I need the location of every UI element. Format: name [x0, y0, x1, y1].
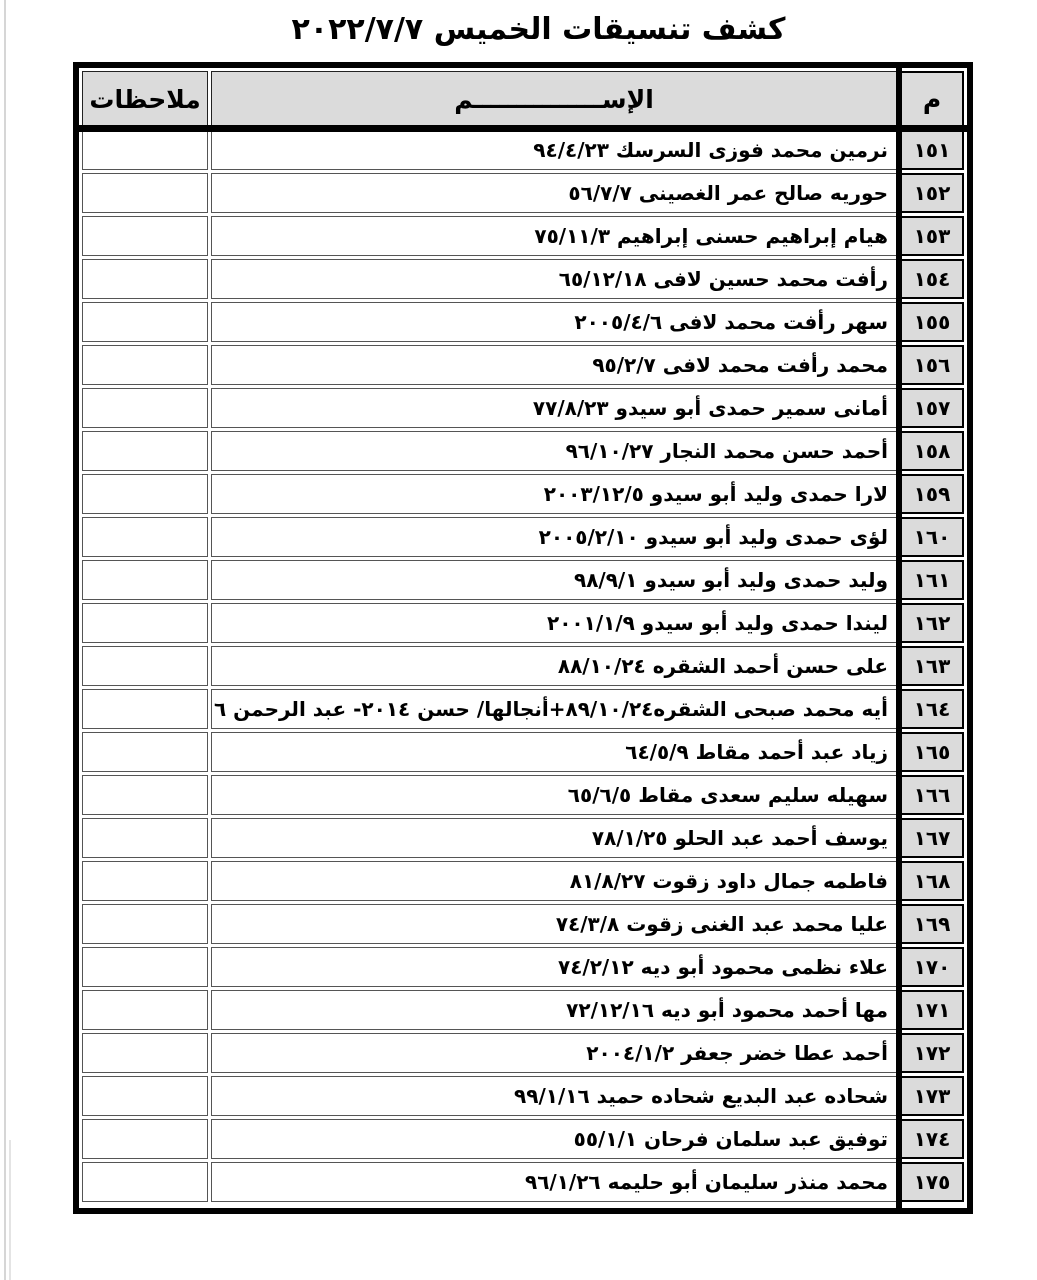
row-number-cell: ١٦١ [900, 560, 964, 600]
table-row: ١٧١مها أحمد محمود أبو ديه ٧٢/١٢/١٦ [82, 990, 964, 1030]
notes-cell [82, 947, 208, 987]
name-cell: أيه محمد صبحى الشقره٨٩/١٠/٢٤+أنجالها/ حس… [211, 689, 897, 729]
name-cell: أحمد عطا خضر جعفر ٢٠٠٤/١/٢ [211, 1033, 897, 1073]
name-cell: زياد عبد أحمد مقاط ٦٤/٥/٩ [211, 732, 897, 772]
notes-cell [82, 818, 208, 858]
name-cell: نرمين محمد فوزى السرسك ٩٤/٤/٢٣ [211, 130, 897, 170]
table-row: ١٥٩لارا حمدى وليد أبو سيدو ٢٠٠٣/١٢/٥ [82, 474, 964, 514]
row-number-cell: ١٦٤ [900, 689, 964, 729]
table-frame: م الإســـــــــــــــم ملاحظات ١٥١نرمين … [73, 62, 973, 1214]
table-row: ١٦٥زياد عبد أحمد مقاط ٦٤/٥/٩ [82, 732, 964, 772]
notes-cell [82, 130, 208, 170]
notes-cell [82, 861, 208, 901]
table-row: ١٦٨فاطمه جمال داود زقوت ٨١/٨/٢٧ [82, 861, 964, 901]
notes-cell [82, 517, 208, 557]
name-cell: لارا حمدى وليد أبو سيدو ٢٠٠٣/١٢/٥ [211, 474, 897, 514]
name-cell: سهر رأفت محمد لافى ٢٠٠٥/٤/٦ [211, 302, 897, 342]
notes-cell [82, 603, 208, 643]
notes-cell [82, 1033, 208, 1073]
row-number-cell: ١٦٧ [900, 818, 964, 858]
row-number-cell: ١٥٤ [900, 259, 964, 299]
row-number-cell: ١٧٢ [900, 1033, 964, 1073]
table-row: ١٦٣على حسن أحمد الشقره ٨٨/١٠/٢٤ [82, 646, 964, 686]
table-row: ١٥٥سهر رأفت محمد لافى ٢٠٠٥/٤/٦ [82, 302, 964, 342]
row-number-cell: ١٥٢ [900, 173, 964, 213]
table-row: ١٥٨أحمد حسن محمد النجار ٩٦/١٠/٢٧ [82, 431, 964, 471]
row-number-cell: ١٥٨ [900, 431, 964, 471]
notes-cell [82, 173, 208, 213]
name-cell: سهيله سليم سعدى مقاط ٦٥/٦/٥ [211, 775, 897, 815]
name-cell: فاطمه جمال داود زقوت ٨١/٨/٢٧ [211, 861, 897, 901]
table-row: ١٥٦محمد رأفت محمد لافى ٩٥/٢/٧ [82, 345, 964, 385]
row-number-cell: ١٥٦ [900, 345, 964, 385]
row-number-cell: ١٦٠ [900, 517, 964, 557]
table-row: ١٥٧أمانى سمير حمدى أبو سيدو ٧٧/٨/٢٣ [82, 388, 964, 428]
row-number-cell: ١٥٧ [900, 388, 964, 428]
name-cell: أحمد حسن محمد النجار ٩٦/١٠/٢٧ [211, 431, 897, 471]
name-cell: على حسن أحمد الشقره ٨٨/١٠/٢٤ [211, 646, 897, 686]
table-row: ١٥٣هيام إبراهيم حسنى إبراهيم ٧٥/١١/٣ [82, 216, 964, 256]
row-number-cell: ١٦٨ [900, 861, 964, 901]
header-row: م الإســـــــــــــــم ملاحظات [82, 71, 964, 127]
name-cell: هيام إبراهيم حسنى إبراهيم ٧٥/١١/٣ [211, 216, 897, 256]
table-row: ١٧٠علاء نظمى محمود أبو ديه ٧٤/٢/١٢ [82, 947, 964, 987]
row-number-cell: ١٧٤ [900, 1119, 964, 1159]
notes-cell [82, 689, 208, 729]
page-title: كشف تنسيقات الخميس ٢٠٢٢/٧/٧ [20, 12, 1037, 47]
notes-cell [82, 474, 208, 514]
header-notes-column: ملاحظات [82, 71, 208, 127]
table-row: ١٧٣شحاده عبد البديع شحاده حميد ٩٩/١/١٦ [82, 1076, 964, 1116]
name-cell: شحاده عبد البديع شحاده حميد ٩٩/١/١٦ [211, 1076, 897, 1116]
row-number-cell: ١٦٩ [900, 904, 964, 944]
name-cell: توفيق عبد سلمان فرحان ٥٥/١/١ [211, 1119, 897, 1159]
roster-table: م الإســـــــــــــــم ملاحظات ١٥١نرمين … [79, 68, 967, 1205]
table-row: ١٦٠لؤى حمدى وليد أبو سيدو ٢٠٠٥/٢/١٠ [82, 517, 964, 557]
table-body: ١٥١نرمين محمد فوزى السرسك ٩٤/٤/٢٣١٥٢حوري… [82, 130, 964, 1202]
notes-cell [82, 1076, 208, 1116]
notes-cell [82, 345, 208, 385]
table-row: ١٦٢ليندا حمدى وليد أبو سيدو ٢٠٠١/١/٩ [82, 603, 964, 643]
scan-artifact-line-2 [9, 1140, 11, 1280]
notes-cell [82, 732, 208, 772]
notes-cell [82, 302, 208, 342]
row-number-cell: ١٦٦ [900, 775, 964, 815]
name-cell: ليندا حمدى وليد أبو سيدو ٢٠٠١/١/٩ [211, 603, 897, 643]
notes-cell [82, 560, 208, 600]
scan-artifact-line [4, 0, 6, 1280]
notes-cell [82, 1162, 208, 1202]
row-number-cell: ١٥١ [900, 130, 964, 170]
name-cell: رأفت محمد حسين لافى ٦٥/١٢/١٨ [211, 259, 897, 299]
number-column-divider [896, 68, 902, 1208]
name-cell: محمد منذر سليمان أبو حليمه ٩٦/١/٢٦ [211, 1162, 897, 1202]
row-number-cell: ١٥٩ [900, 474, 964, 514]
name-cell: وليد حمدى وليد أبو سيدو ٩٨/٩/١ [211, 560, 897, 600]
name-cell: محمد رأفت محمد لافى ٩٥/٢/٧ [211, 345, 897, 385]
row-number-cell: ١٥٣ [900, 216, 964, 256]
name-cell: أمانى سمير حمدى أبو سيدو ٧٧/٨/٢٣ [211, 388, 897, 428]
name-cell: يوسف أحمد عبد الحلو ٧٨/١/٢٥ [211, 818, 897, 858]
name-cell: لؤى حمدى وليد أبو سيدو ٢٠٠٥/٢/١٠ [211, 517, 897, 557]
table-row: ١٦٤أيه محمد صبحى الشقره٨٩/١٠/٢٤+أنجالها/… [82, 689, 964, 729]
table-row: ١٦٩عليا محمد عبد الغنى زقوت ٧٤/٣/٨ [82, 904, 964, 944]
name-cell: حوريه صالح عمر الغصينى ٥٦/٧/٧ [211, 173, 897, 213]
row-number-cell: ١٧١ [900, 990, 964, 1030]
notes-cell [82, 216, 208, 256]
notes-cell [82, 646, 208, 686]
row-number-cell: ١٦٥ [900, 732, 964, 772]
row-number-cell: ١٦٢ [900, 603, 964, 643]
notes-cell [82, 1119, 208, 1159]
name-cell: مها أحمد محمود أبو ديه ٧٢/١٢/١٦ [211, 990, 897, 1030]
header-divider-rule [79, 125, 967, 132]
table-row: ١٧٥محمد منذر سليمان أبو حليمه ٩٦/١/٢٦ [82, 1162, 964, 1202]
row-number-cell: ١٧٥ [900, 1162, 964, 1202]
row-number-cell: ١٧٠ [900, 947, 964, 987]
notes-cell [82, 904, 208, 944]
row-number-cell: ١٦٣ [900, 646, 964, 686]
name-cell: علاء نظمى محمود أبو ديه ٧٤/٢/١٢ [211, 947, 897, 987]
table-row: ١٥٤رأفت محمد حسين لافى ٦٥/١٢/١٨ [82, 259, 964, 299]
table-row: ١٧٢أحمد عطا خضر جعفر ٢٠٠٤/١/٢ [82, 1033, 964, 1073]
table-row: ١٧٤توفيق عبد سلمان فرحان ٥٥/١/١ [82, 1119, 964, 1159]
notes-cell [82, 431, 208, 471]
table-row: ١٦٦سهيله سليم سعدى مقاط ٦٥/٦/٥ [82, 775, 964, 815]
header-name-column: الإســـــــــــــــم [211, 71, 897, 127]
document-page: { "title": "كشف تنسيقات الخميس ٢٠٢٢/٧/٧"… [0, 0, 1037, 1280]
table-row: ١٥١نرمين محمد فوزى السرسك ٩٤/٤/٢٣ [82, 130, 964, 170]
notes-cell [82, 775, 208, 815]
table-row: ١٦١وليد حمدى وليد أبو سيدو ٩٨/٩/١ [82, 560, 964, 600]
row-number-cell: ١٥٥ [900, 302, 964, 342]
notes-cell [82, 259, 208, 299]
table-row: ١٥٢حوريه صالح عمر الغصينى ٥٦/٧/٧ [82, 173, 964, 213]
row-number-cell: ١٧٣ [900, 1076, 964, 1116]
name-cell: عليا محمد عبد الغنى زقوت ٧٤/٣/٨ [211, 904, 897, 944]
header-number-column: م [900, 71, 964, 127]
table-row: ١٦٧يوسف أحمد عبد الحلو ٧٨/١/٢٥ [82, 818, 964, 858]
notes-cell [82, 990, 208, 1030]
notes-cell [82, 388, 208, 428]
